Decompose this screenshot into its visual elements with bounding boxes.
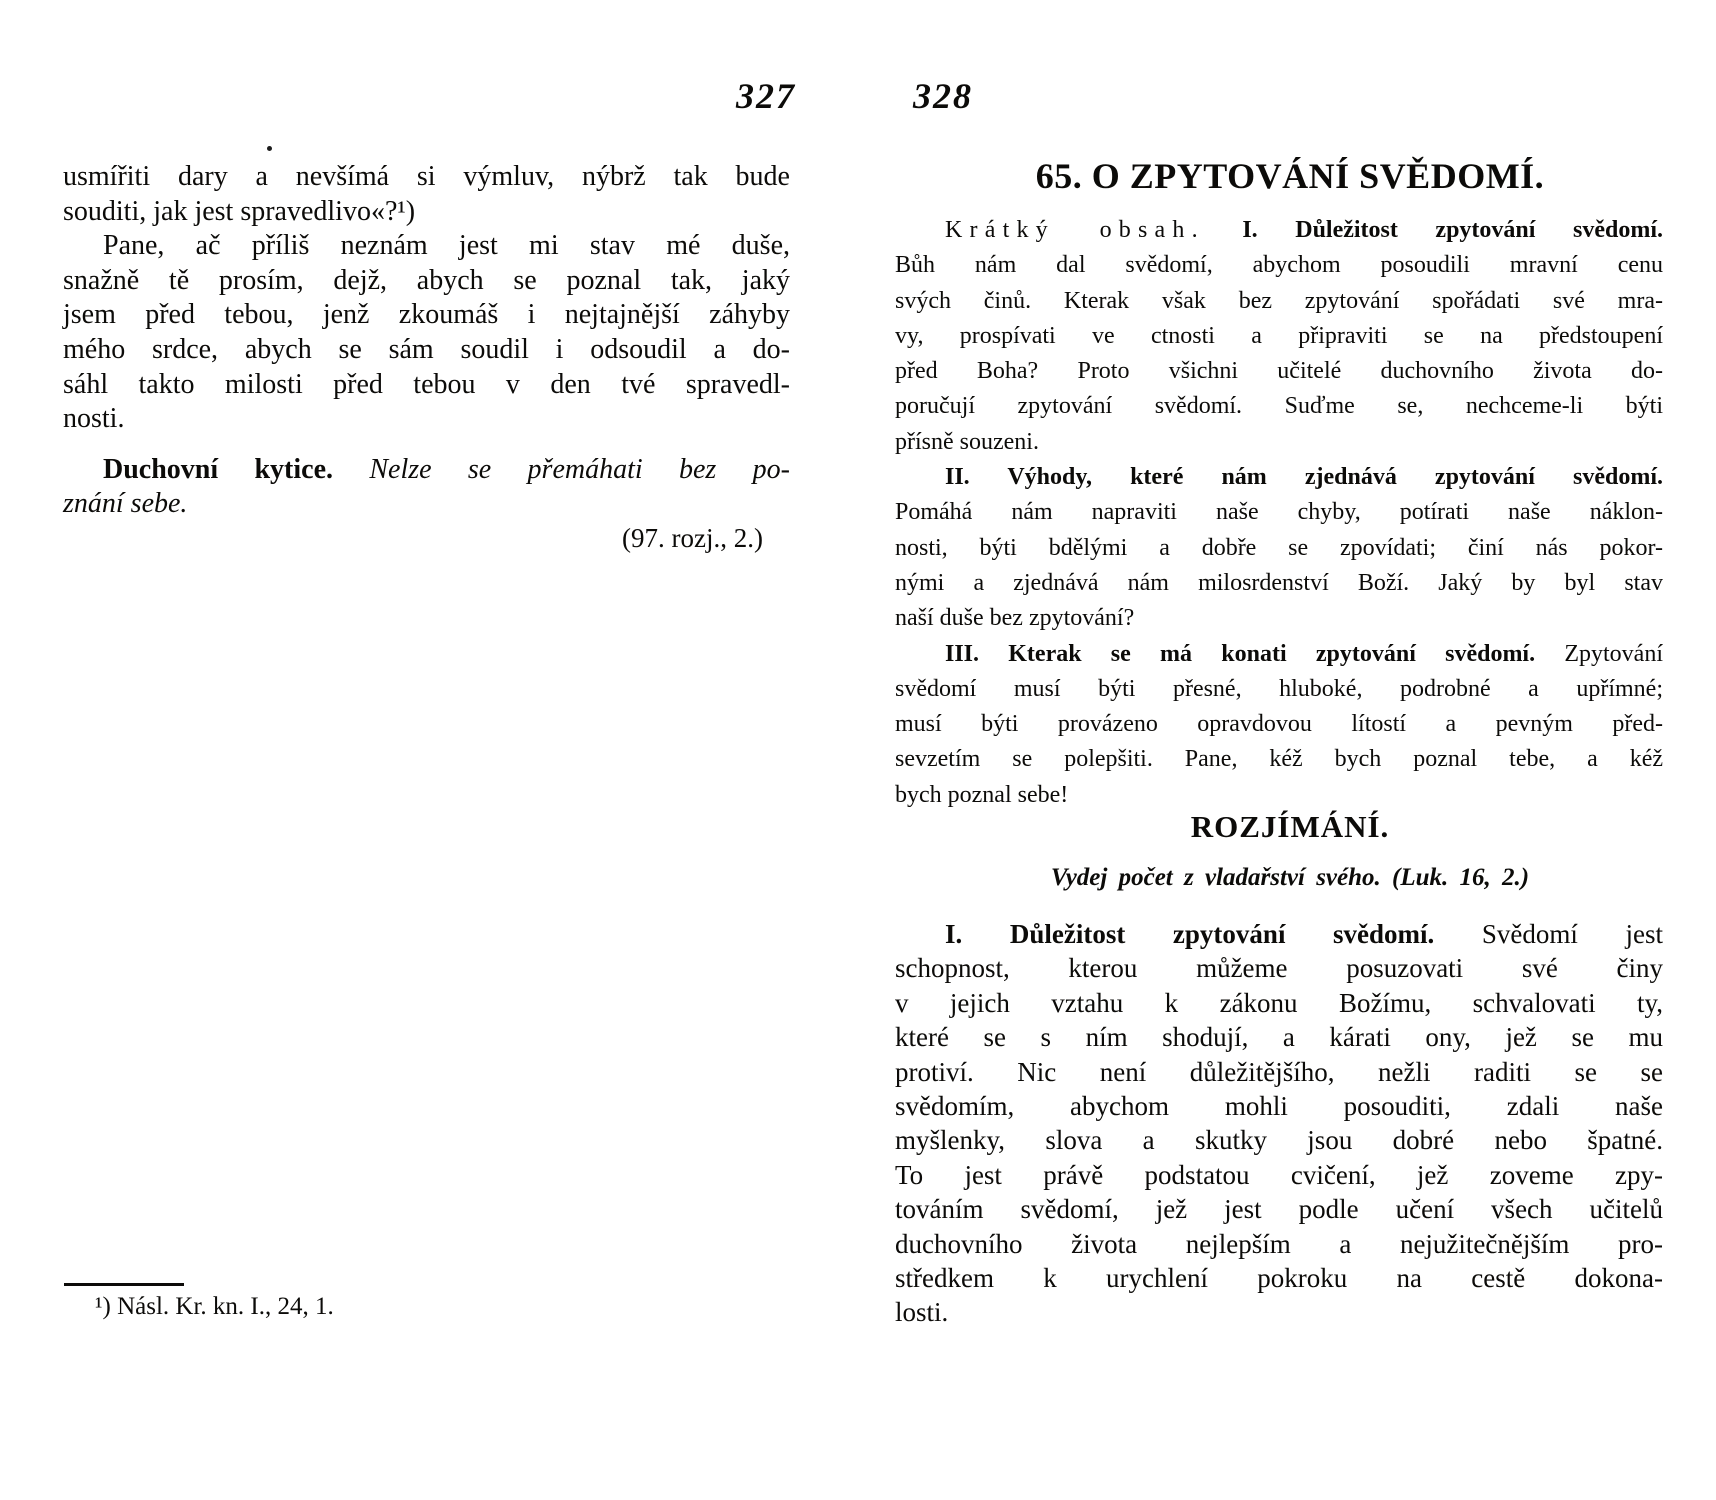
text-line: Pane, ač příliš neznám jest mi stav mé d… [63,229,790,264]
text-segment: továním svědomí, jež jest podle učení vš… [895,1194,1663,1224]
text-segment: Krátký obsah. [945,217,1205,243]
text-segment: které se s ním shodují, a kárati ony, je… [895,1022,1663,1052]
text-segment: snažně tě prosím, dejž, abych se poznal … [63,265,790,296]
text-line: v jejich vztahu k zákonu Božímu, schvalo… [895,986,1663,1020]
text-segment: sevzetím se polepšiti. Pane, kéž bych po… [895,746,1663,772]
book-scan-spread: 327 328 usmířiti dary a nevšímá si výmlu… [0,0,1716,1500]
text-segment: nosti, býti bdělými a dobře se zpovídati… [895,535,1663,561]
text-line: usmířiti dary a nevšímá si výmluv, nýbrž… [63,160,790,195]
text-line: Pomáhá nám napraviti naše chyby, potírat… [895,495,1663,530]
text-line: Krátký obsah. I. Důležitost zpytování sv… [895,213,1663,248]
text-line: I. Důležitost zpytování svědomí. Svědomí… [895,917,1663,951]
text-segment: III. Kterak se má konati zpytování svědo… [945,641,1535,667]
text-segment: musí býti provázeno opravdovou lítostí a… [895,711,1663,737]
text-line: musí býti provázeno opravdovou lítostí a… [895,707,1663,742]
text-segment: Bůh nám dal svědomí, abychom posoudili m… [895,252,1663,278]
footnote-text: ¹) Násl. Kr. kn. I., 24, 1. [63,1291,790,1323]
text-segment: mého srdce, abych se sám soudil i odsoud… [63,334,790,365]
text-line: sáhl takto milosti před tebou v den tvé … [63,368,790,403]
text-segment: I. Důležitost zpytování svědomí. [1205,217,1663,243]
text-line: souditi, jak jest spravedlivo«?¹) [63,195,790,230]
text-segment: usmířiti dary a nevšímá si výmluv, nýbrž… [63,161,790,192]
text-segment: Pane, ač příliš neznám jest mi stav mé d… [103,230,790,261]
text-segment: poručují zpytování svědomí. Suďme se, ne… [895,393,1663,419]
text-segment: II. Výhody, které nám zjednává zpytování… [945,464,1663,490]
text-line: bych poznal sebe! [895,778,1663,813]
text-line: protiví. Nic není důležitějšího, nežli r… [895,1055,1663,1089]
text-line: továním svědomí, jež jest podle učení vš… [895,1192,1663,1226]
scripture-epigraph: Vydej počet z vladařství svého. (Luk. 16… [900,863,1680,893]
text-line: nosti, býti bdělými a dobře se zpovídati… [895,531,1663,566]
text-line: středkem k urychlení pokroku na cestě do… [895,1261,1663,1295]
text-segment: nými a zjednává nám milosrdenství Boží. … [895,570,1663,596]
chapter-heading: 65. O ZPYTOVÁNÍ SVĚDOMÍ. [900,156,1680,196]
text-segment: svých činů. Kterak však bez zpytování sp… [895,288,1663,314]
text-segment: To jest právě podstatou cvičení, jež zov… [895,1160,1663,1190]
text-segment: Zpytování [1535,641,1663,667]
text-segment: před Boha? Proto všichni učitelé duchovn… [895,358,1663,384]
text-segment: středkem k urychlení pokroku na cestě do… [895,1263,1663,1293]
text-line: myšlenky, slova a skutky jsou dobré nebo… [895,1123,1663,1157]
text-segment: Nelze se přemáhati bez po- [333,454,790,485]
text-line: sevzetím se polepšiti. Pane, kéž bych po… [895,742,1663,777]
text-line: přísně souzeni. [895,425,1663,460]
text-line: vy, prospívati ve ctnosti a připraviti s… [895,319,1663,354]
footnote-rule [64,1283,184,1286]
text-line: svědomím, abychom mohli posouditi, zdali… [895,1089,1663,1123]
text-segment: souditi, jak jest spravedlivo«?¹) [63,196,415,227]
text-segment: duchovního života nejlepším a nejužitečn… [895,1229,1663,1259]
ink-speck [267,146,272,151]
text-line: znání sebe. [63,487,790,522]
text-segment: myšlenky, slova a skutky jsou dobré nebo… [895,1125,1663,1155]
text-segment: bych poznal sebe! [895,782,1068,808]
text-line: duchovního života nejlepším a nejužitečn… [895,1227,1663,1261]
text-line: snažně tě prosím, dejž, abych se poznal … [63,264,790,299]
text-line: mého srdce, abych se sám soudil i odsoud… [63,333,790,368]
text-line: naší duše bez zpytování? [895,601,1663,636]
text-line: jsem před tebou, jenž zkoumáš i nejtajně… [63,298,790,333]
text-segment: I. Důležitost zpytování svědomí. [945,919,1434,949]
text-line: svědomí musí býti přesné, hluboké, podro… [895,672,1663,707]
left-page-body-text: usmířiti dary a nevšímá si výmluv, nýbrž… [63,160,790,522]
text-line: nými a zjednává nám milosrdenství Boží. … [895,566,1663,601]
text-segment: Duchovní kytice. [103,454,333,485]
text-line: schopnost, kterou můžeme posuzovati své … [895,951,1663,985]
citation-reference: (97. rozj., 2.) [63,521,790,556]
text-segment: losti. [895,1297,948,1327]
text-line: Duchovní kytice. Nelze se přemáhati bez … [63,453,790,488]
text-segment: svědomím, abychom mohli posouditi, zdali… [895,1091,1663,1121]
text-segment: znání sebe. [63,488,187,519]
text-segment: nosti. [63,403,124,434]
text-line: II. Výhody, které nám zjednává zpytování… [895,460,1663,495]
text-line: poručují zpytování svědomí. Suďme se, ne… [895,389,1663,424]
text-segment: Pomáhá nám napraviti naše chyby, potírat… [895,499,1663,525]
text-segment: sáhl takto milosti před tebou v den tvé … [63,369,790,400]
text-line: Bůh nám dal svědomí, abychom posoudili m… [895,248,1663,283]
right-page-body-text: I. Důležitost zpytování svědomí. Svědomí… [895,917,1663,1330]
page-number-left: 327 [736,76,796,116]
text-segment: Svědomí jest [1434,919,1663,949]
text-line: losti. [895,1295,1663,1329]
text-segment: vy, prospívati ve ctnosti a připraviti s… [895,323,1663,349]
text-line: svých činů. Kterak však bez zpytování sp… [895,284,1663,319]
text-line: nosti. [63,402,790,437]
text-line: III. Kterak se má konati zpytování svědo… [895,637,1663,672]
text-segment: naší duše bez zpytování? [895,605,1134,631]
text-segment: schopnost, kterou můžeme posuzovati své … [895,953,1663,983]
text-segment: protiví. Nic není důležitějšího, nežli r… [895,1057,1663,1087]
text-segment: svědomí musí býti přesné, hluboké, podro… [895,676,1663,702]
text-line: před Boha? Proto všichni učitelé duchovn… [895,354,1663,389]
text-line: To jest právě podstatou cvičení, jež zov… [895,1158,1663,1192]
chapter-summary-text: Krátký obsah. I. Důležitost zpytování sv… [895,213,1663,813]
text-segment: jsem před tebou, jenž zkoumáš i nejtajně… [63,299,790,330]
text-segment: přísně souzeni. [895,429,1039,455]
meditation-heading: ROZJÍMÁNÍ. [900,810,1680,844]
page-number-right: 328 [913,76,973,116]
text-segment: v jejich vztahu k zákonu Božímu, schvalo… [895,988,1663,1018]
text-line: které se s ním shodují, a kárati ony, je… [895,1020,1663,1054]
